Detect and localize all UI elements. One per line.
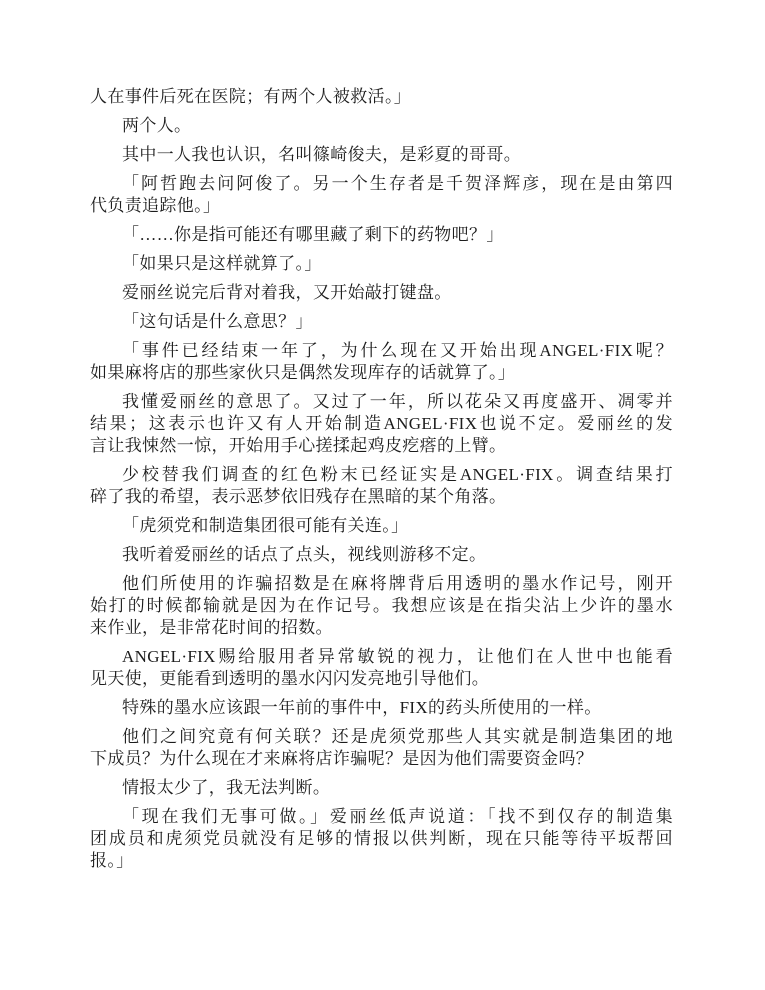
text-line: 我听着爱丽丝的话点了点头，视线则游移不定。 (90, 544, 673, 566)
paragraph: 情报太少了，我无法判断。 (90, 777, 673, 799)
text-line: 下成员？为什么现在才来麻将店诈骗呢？是因为他们需要资金吗？ (90, 748, 673, 770)
text-line: 「这句话是什么意思？」 (90, 311, 673, 333)
text-line: ANGEL·FIX赐给服用者异常敏锐的视力，让他们在人世中也能看 (90, 646, 673, 668)
text-line: 「如果只是这样就算了。」 (90, 253, 673, 275)
text-line: 如果麻将店的那些家伙只是偶然发现库存的话就算了。」 (90, 362, 673, 384)
text-line: 少校替我们调查的红色粉末已经证实是ANGEL·FIX。调查结果打 (90, 464, 673, 486)
text-line: 他们所使用的诈骗招数是在麻将牌背后用透明的墨水作记号，刚开 (90, 573, 673, 595)
text-line: 他们之间究竟有何关联？还是虎须党那些人其实就是制造集团的地 (90, 726, 673, 748)
text-line: 特殊的墨水应该跟一年前的事件中，FIX的药头所使用的一样。 (90, 697, 673, 719)
paragraph: 他们所使用的诈骗招数是在麻将牌背后用透明的墨水作记号，刚开 始打的时候都输就是因… (90, 573, 673, 639)
paragraph: 我懂爱丽丝的意思了。又过了一年，所以花朵又再度盛开、凋零并 结果；这表示也许又有… (90, 391, 673, 457)
text-line: 人在事件后死在医院；有两个人被救活。」 (90, 86, 673, 108)
paragraph: 两个人。 (90, 115, 673, 137)
text-line: 情报太少了，我无法判断。 (90, 777, 673, 799)
text-line: 代负责追踪他。」 (90, 195, 673, 217)
paragraph: 「如果只是这样就算了。」 (90, 253, 673, 275)
text-line: 两个人。 (90, 115, 673, 137)
paragraph: 「现在我们无事可做。」爱丽丝低声说道：「找不到仅存的制造集 团成员和虎须党员就没… (90, 806, 673, 872)
text-line: 「现在我们无事可做。」爱丽丝低声说道：「找不到仅存的制造集 (90, 806, 673, 828)
text-line: 来作业，是非常花时间的招数。 (90, 617, 673, 639)
paragraph: 其中一人我也认识，名叫篠崎俊夫，是彩夏的哥哥。 (90, 144, 673, 166)
text-line: 我懂爱丽丝的意思了。又过了一年，所以花朵又再度盛开、凋零并 (90, 391, 673, 413)
text-line: 始打的时候都输就是因为在作记号。我想应该是在指尖沾上少许的墨水 (90, 595, 673, 617)
text-line: 团成员和虎须党员就没有足够的情报以供判断，现在只能等待平坂帮回 (90, 828, 673, 850)
text-line: 见天使，更能看到透明的墨水闪闪发亮地引导他们。 (90, 668, 673, 690)
paragraph: 少校替我们调查的红色粉末已经证实是ANGEL·FIX。调查结果打 碎了我的希望，… (90, 464, 673, 508)
text-line: 碎了我的希望，表示恶梦依旧残存在黑暗的某个角落。 (90, 486, 673, 508)
paragraph: 「这句话是什么意思？」 (90, 311, 673, 333)
text-line: 其中一人我也认识，名叫篠崎俊夫，是彩夏的哥哥。 (90, 144, 673, 166)
paragraph: 爱丽丝说完后背对着我，又开始敲打键盘。 (90, 282, 673, 304)
paragraph: 「……你是指可能还有哪里藏了剩下的药物吧？」 (90, 224, 673, 246)
paragraph: 「虎须党和制造集团很可能有关连。」 (90, 515, 673, 537)
paragraph: 特殊的墨水应该跟一年前的事件中，FIX的药头所使用的一样。 (90, 697, 673, 719)
text-line: 「事件已经结束一年了，为什么现在又开始出现ANGEL·FIX呢？ (90, 340, 673, 362)
text-line: 「虎须党和制造集团很可能有关连。」 (90, 515, 673, 537)
text-line: 爱丽丝说完后背对着我，又开始敲打键盘。 (90, 282, 673, 304)
paragraph: 他们之间究竟有何关联？还是虎须党那些人其实就是制造集团的地 下成员？为什么现在才… (90, 726, 673, 770)
text-line: 报。」 (90, 850, 673, 872)
paragraph: 我听着爱丽丝的话点了点头，视线则游移不定。 (90, 544, 673, 566)
text-line: 结果；这表示也许又有人开始制造ANGEL·FIX也说不定。爱丽丝的发 (90, 413, 673, 435)
text-line: 「……你是指可能还有哪里藏了剩下的药物吧？」 (90, 224, 673, 246)
paragraph: 「事件已经结束一年了，为什么现在又开始出现ANGEL·FIX呢？ 如果麻将店的那… (90, 340, 673, 384)
text-line: 言让我悚然一惊，开始用手心搓揉起鸡皮疙瘩的上臂。 (90, 435, 673, 457)
text-block: 人在事件后死在医院；有两个人被救活。」 两个人。 其中一人我也认识，名叫篠崎俊夫… (90, 86, 673, 879)
text-line: 「阿哲跑去问阿俊了。另一个生存者是千贺泽辉彦，现在是由第四 (90, 173, 673, 195)
paragraph: 人在事件后死在医院；有两个人被救活。」 (90, 86, 673, 108)
paragraph: ANGEL·FIX赐给服用者异常敏锐的视力，让他们在人世中也能看 见天使，更能看… (90, 646, 673, 690)
paragraph: 「阿哲跑去问阿俊了。另一个生存者是千贺泽辉彦，现在是由第四 代负责追踪他。」 (90, 173, 673, 217)
